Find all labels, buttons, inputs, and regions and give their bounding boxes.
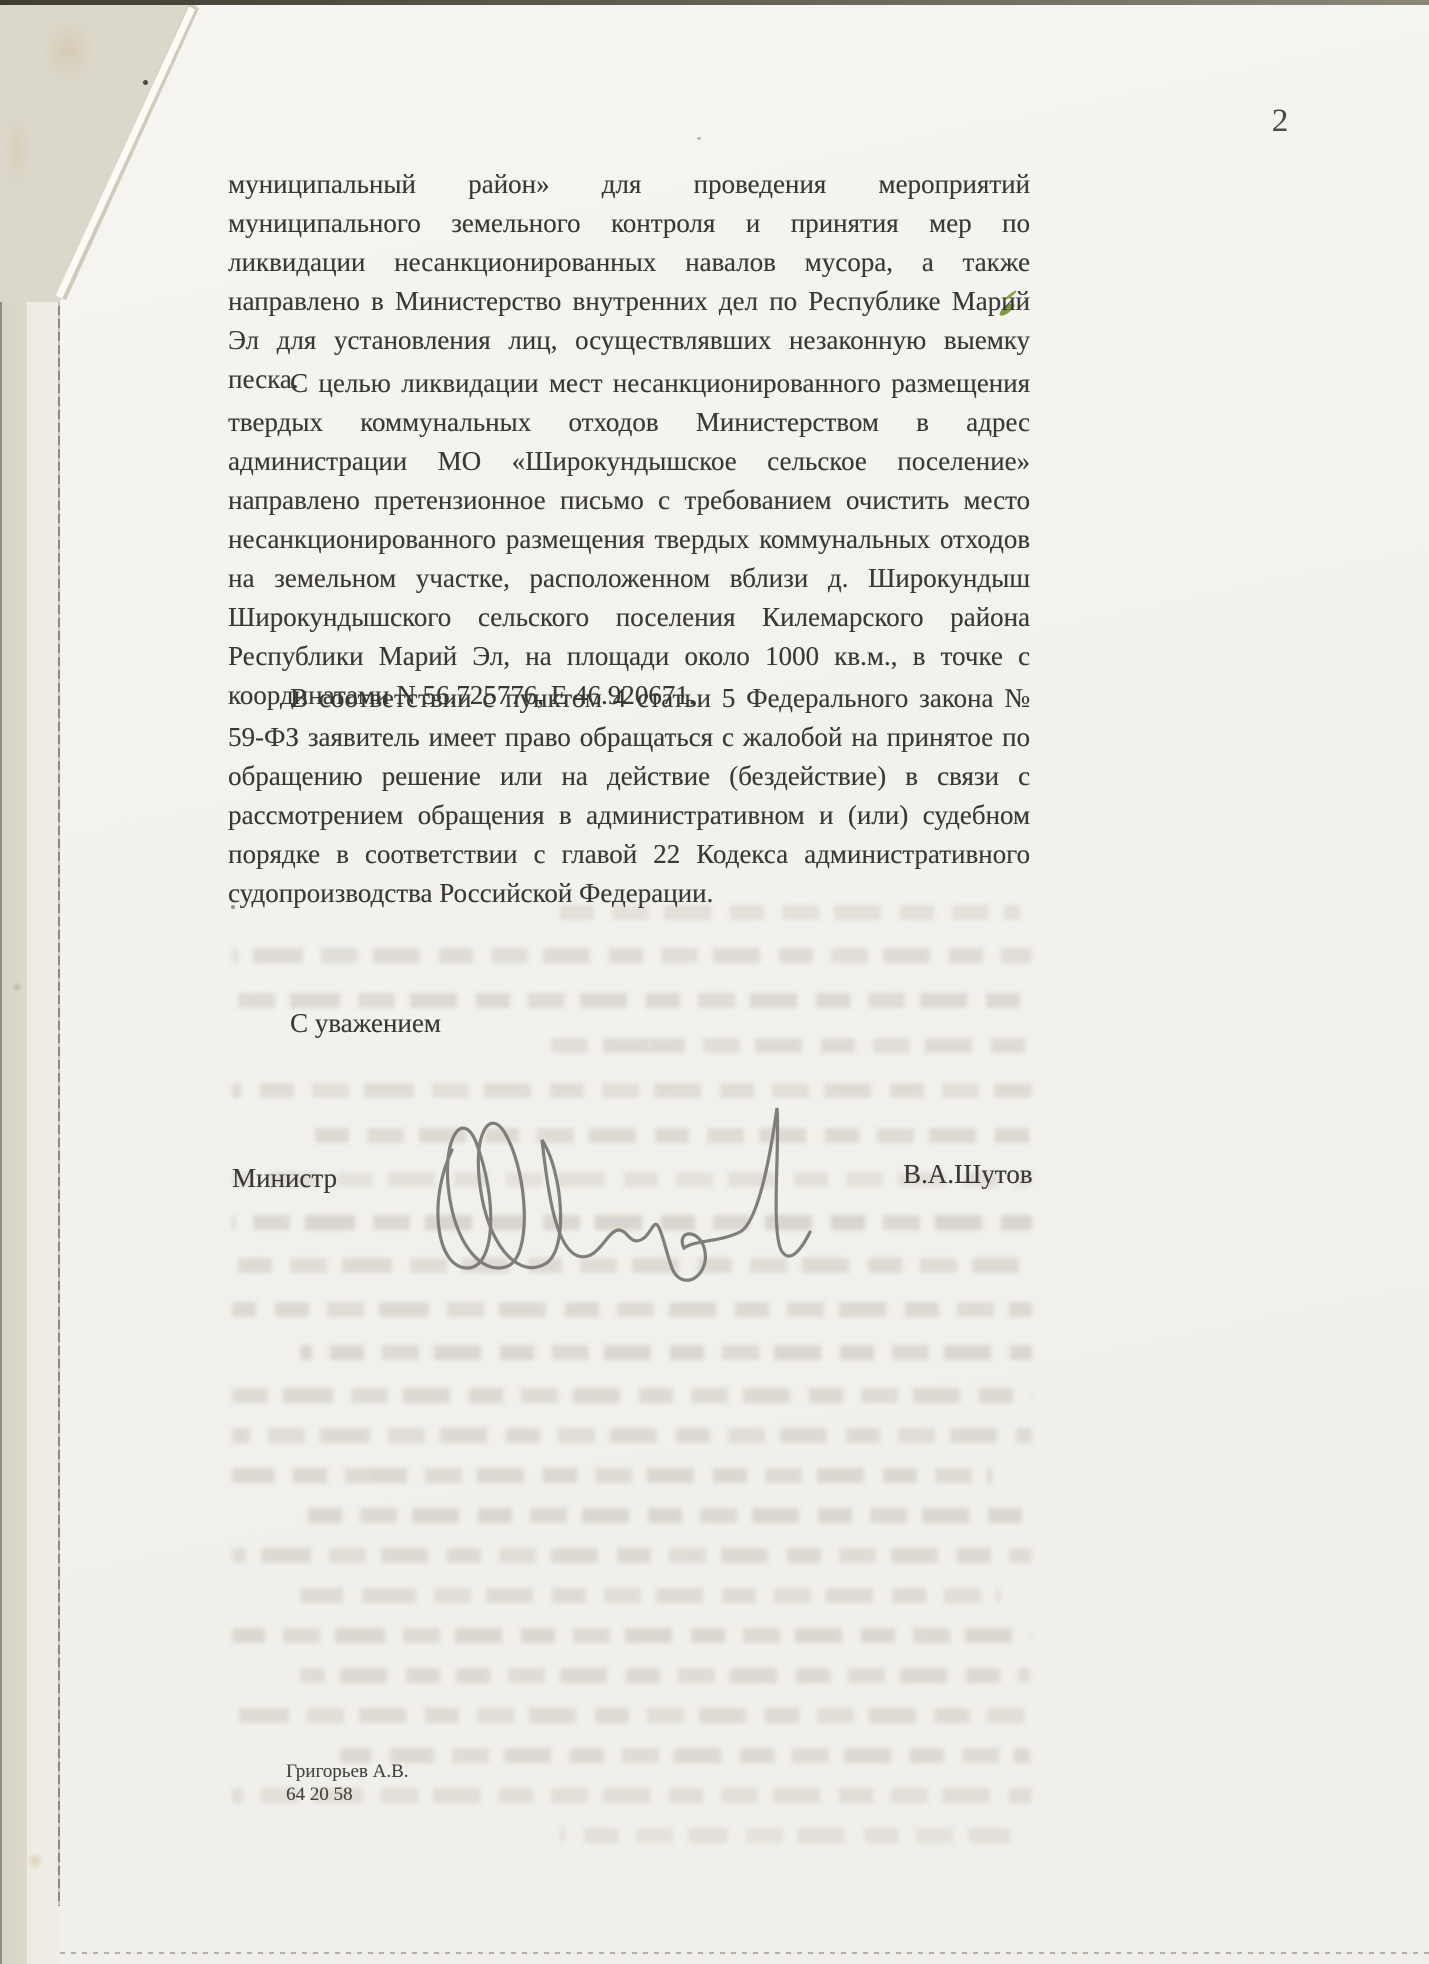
scanned-letter-page: { "doc": { "page_number": "2", "paragrap…	[0, 0, 1429, 1964]
signatory-title: Министр	[232, 1159, 337, 1198]
signatory-name: В.А.Шутов	[903, 1155, 1032, 1194]
page-number: 2	[1260, 102, 1300, 141]
dust-speck	[697, 137, 701, 140]
body-paragraph: В соответствии с пунктом 4 статьи 5 Феде…	[228, 679, 1030, 913]
executor-name: Григорьев А.В.	[286, 1760, 409, 1783]
dust-speck	[143, 80, 148, 85]
scan-top-edge	[0, 0, 1429, 5]
executor-phone: 64 20 58	[286, 1783, 409, 1806]
executor-block: Григорьев А.В. 64 20 58	[286, 1760, 409, 1806]
closing-salutation: С уважением	[290, 1004, 441, 1043]
corner-fold	[0, 0, 220, 310]
page-edge-line	[58, 228, 60, 1906]
body-paragraph: С целью ликвидации мест несанкционирован…	[228, 364, 1030, 715]
scan-bottom-edge-line	[60, 1952, 1429, 1954]
signature	[400, 1080, 920, 1320]
